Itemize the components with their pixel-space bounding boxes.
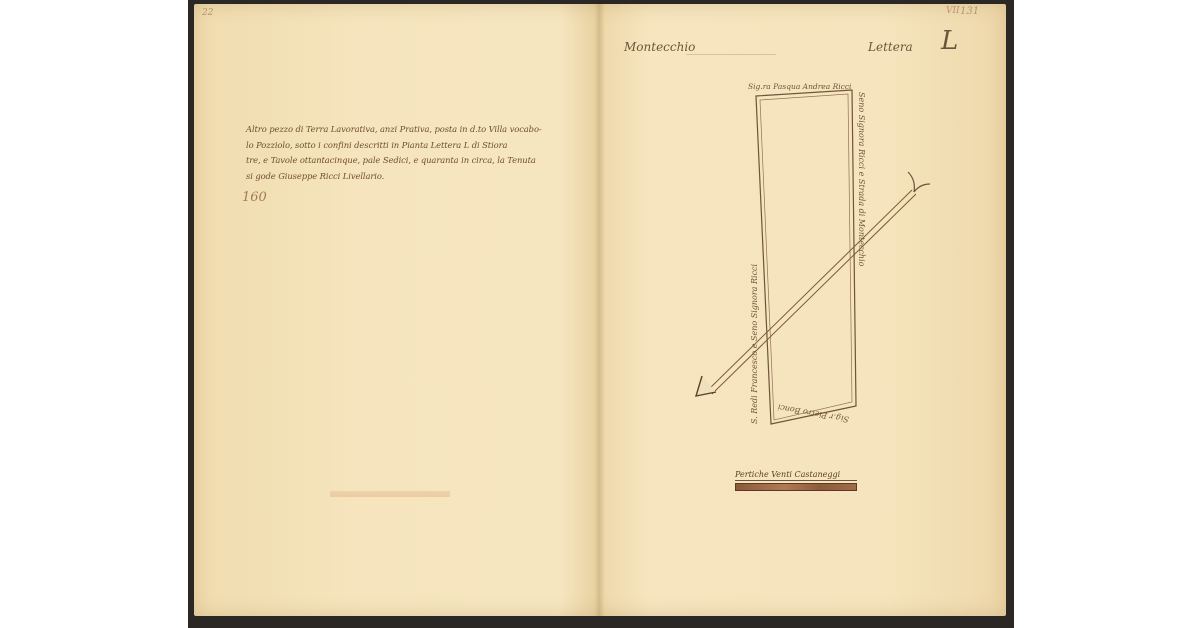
description-line: tre, e Tavole ottantacinque, pale Sedici…: [246, 153, 586, 169]
right-page: VII 131 Montecchio Lettera L Sig.ra Pasq…: [598, 4, 1006, 616]
left-folio-mark: 22: [202, 8, 213, 18]
description-line: si gode Giuseppe Ricci Livellario.: [246, 169, 586, 185]
description-line: Altro pezzo di Terra Lavorativa, anzi Pr…: [246, 122, 586, 138]
book-spread: 22 Altro pezzo di Terra Lavorativa, anzi…: [194, 4, 1006, 616]
scale-label: Pertiche Venti Castaneggi: [735, 470, 857, 481]
faded-stamp-strip: [330, 491, 450, 497]
boundary-top: Sig.ra Pasqua Andrea Ricci: [748, 82, 851, 91]
scale-bar-group: Pertiche Venti Castaneggi: [735, 470, 857, 491]
boundary-left: S. Redi Francesco e Seno Signora Ricci: [750, 264, 759, 424]
parcel-description: Altro pezzo di Terra Lavorativa, anzi Pr…: [246, 122, 586, 184]
scale-bar: [735, 483, 857, 491]
parcel-plan-drawing: [598, 4, 1006, 616]
description-line: lo Pozziolo, sotto i confini descritti i…: [246, 138, 586, 154]
left-page: 22 Altro pezzo di Terra Lavorativa, anzi…: [194, 4, 598, 616]
page-number: 160: [242, 190, 267, 205]
boundary-right: Seno Signora Ricci e Strada di Montecchi…: [857, 92, 866, 266]
